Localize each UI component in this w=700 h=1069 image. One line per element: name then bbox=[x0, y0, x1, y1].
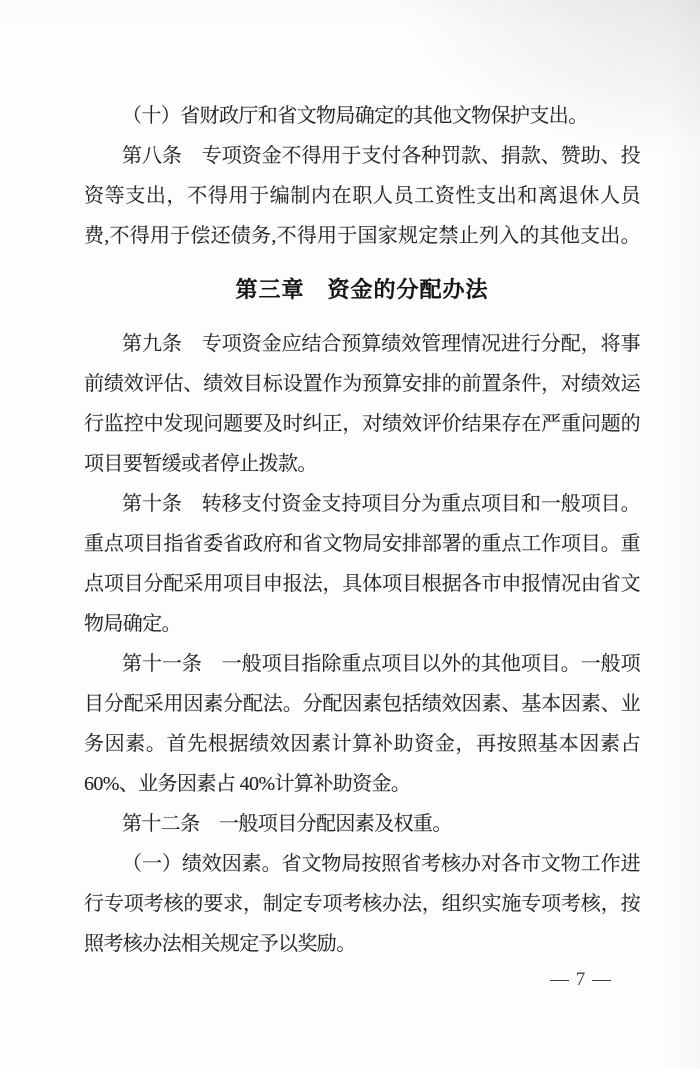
paragraph-item-10: （十）省财政厅和省文物局确定的其他文物保护支出。 bbox=[84, 96, 640, 136]
paragraph-article-10: 第十条 转移支付资金支持项目分为重点项目和一般项目。 重点项目指省委省政府和省文… bbox=[84, 484, 640, 644]
paragraph-item-1-performance-factor: （一）绩效因素。省文物局按照省考核办对各市文物工作进 行专项考核的要求，制定专项… bbox=[84, 844, 640, 964]
body-line: （一）绩效因素。省文物局按照省考核办对各市文物工作进 bbox=[84, 844, 640, 884]
body-line: 点项目分配采用项目申报法，具体项目根据各市申报情况由省文 bbox=[84, 564, 640, 604]
paragraph-article-12: 第十二条 一般项目分配因素及权重。 bbox=[84, 804, 640, 844]
paragraph-article-9: 第九条 专项资金应结合预算绩效管理情况进行分配，将事 前绩效评估、绩效目标设置作… bbox=[84, 324, 640, 484]
body-line: 第九条 专项资金应结合预算绩效管理情况进行分配，将事 bbox=[84, 324, 640, 364]
chapter-heading: 第三章 资金的分配办法 bbox=[84, 272, 640, 308]
body-line: 第十二条 一般项目分配因素及权重。 bbox=[84, 804, 640, 844]
body-line: 第八条 专项资金不得用于支付各种罚款、捐款、赞助、投 bbox=[84, 136, 640, 176]
document-body: （十）省财政厅和省文物局确定的其他文物保护支出。 第八条 专项资金不得用于支付各… bbox=[84, 96, 640, 992]
page-number: — 7 — bbox=[84, 968, 640, 992]
paragraph-article-11: 第十一条 一般项目指除重点项目以外的其他项目。一般项 目分配采用因素分配法。分配… bbox=[84, 644, 640, 804]
body-line: 资等支出，不得用于编制内在职人员工资性支出和离退休人员 bbox=[84, 176, 640, 216]
paragraph-article-8: 第八条 专项资金不得用于支付各种罚款、捐款、赞助、投 资等支出，不得用于编制内在… bbox=[84, 136, 640, 256]
body-line: 项目要暂缓或者停止拨款。 bbox=[84, 444, 640, 484]
body-line: 第十条 转移支付资金支持项目分为重点项目和一般项目。 bbox=[84, 484, 640, 524]
body-line: 60%、业务因素占 40%计算补助资金。 bbox=[84, 764, 640, 804]
body-line: 费,不得用于偿还债务,不得用于国家规定禁止列入的其他支出。 bbox=[84, 216, 640, 256]
body-line: 物局确定。 bbox=[84, 604, 640, 644]
body-line: 重点项目指省委省政府和省文物局安排部署的重点工作项目。重 bbox=[84, 524, 640, 564]
body-line: （十）省财政厅和省文物局确定的其他文物保护支出。 bbox=[84, 96, 640, 136]
body-line: 照考核办法相关规定予以奖励。 bbox=[84, 924, 640, 964]
body-line: 第十一条 一般项目指除重点项目以外的其他项目。一般项 bbox=[84, 644, 640, 684]
body-line: 务因素。首先根据绩效因素计算补助资金，再按照基本因素占 bbox=[84, 724, 640, 764]
body-line: 行专项考核的要求，制定专项考核办法，组织实施专项考核，按 bbox=[84, 884, 640, 924]
body-line: 目分配采用因素分配法。分配因素包括绩效因素、基本因素、业 bbox=[84, 684, 640, 724]
body-line: 前绩效评估、绩效目标设置作为预算安排的前置条件，对绩效运 bbox=[84, 364, 640, 404]
body-line: 行监控中发现问题要及时纠正，对绩效评价结果存在严重问题的 bbox=[84, 404, 640, 444]
scanned-document-page: （十）省财政厅和省文物局确定的其他文物保护支出。 第八条 专项资金不得用于支付各… bbox=[0, 0, 700, 1069]
